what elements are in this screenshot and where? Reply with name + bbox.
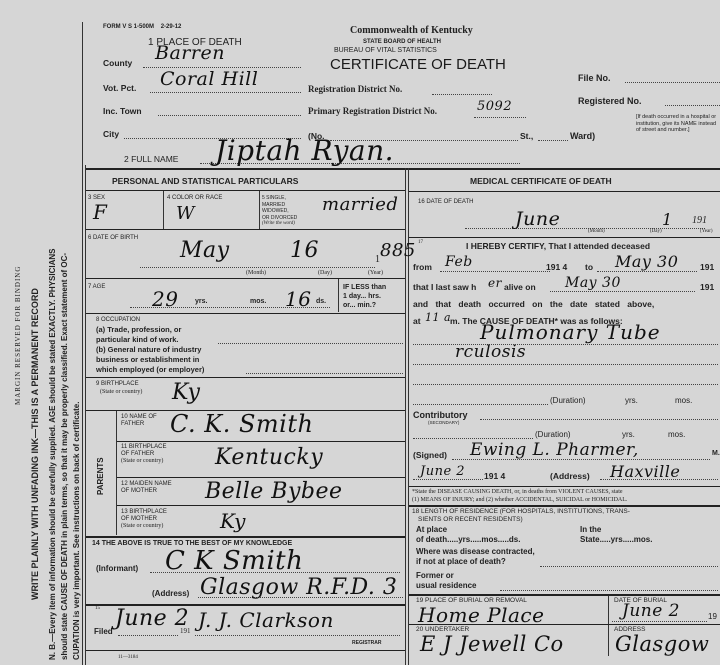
dob-month-caption: (Month) xyxy=(246,270,266,276)
contributory-mos-label: mos. xyxy=(668,430,685,439)
dob-dots xyxy=(140,266,375,268)
personal-heading: PERSONAL AND STATISTICAL PARTICULARS xyxy=(112,176,298,186)
margin-note-line1: N. B.—Every item of information should b… xyxy=(48,249,57,660)
write-plainly-text: WRITE PLAINLY WITH UNFADING INK—THIS IS … xyxy=(30,288,40,600)
disease-contracted-input[interactable] xyxy=(540,565,718,567)
mother-birthplace-label: 13 BIRTHPLACE OF MOTHER (State or countr… xyxy=(121,509,167,530)
informant-address-label: (Address) xyxy=(152,589,189,598)
last-saw-label: that I last saw h xyxy=(413,282,476,292)
file-no-label: File No. xyxy=(578,73,611,83)
ward-label: Ward) xyxy=(570,131,595,141)
inc-town-dots xyxy=(158,114,301,116)
city-label: City xyxy=(103,129,119,139)
color-marital-divider xyxy=(259,191,260,229)
primary-registration-label: Primary Registration District No. xyxy=(308,106,437,116)
medical-rule-2 xyxy=(409,486,720,487)
cause-line-2-dots xyxy=(413,363,718,365)
county-value[interactable]: Barren xyxy=(155,42,225,64)
at-label: at xyxy=(413,316,421,326)
row-rule-1 xyxy=(86,229,405,230)
secondary-label: (SECONDARY) xyxy=(428,420,459,425)
medical-rule-1 xyxy=(409,237,720,238)
informant-value[interactable]: C K Smith xyxy=(165,546,303,576)
signed-year: 191 4 xyxy=(484,471,505,481)
from-value[interactable]: Feb xyxy=(445,254,473,270)
filed-label: Filed xyxy=(94,627,113,636)
undertaker-address-value[interactable]: Glasgow xyxy=(615,632,709,656)
signed-label: (Signed) xyxy=(413,450,447,460)
filed-year: 191 xyxy=(180,627,191,635)
board-name: STATE BOARD OF HEALTH xyxy=(363,39,441,45)
registrar-dots xyxy=(195,634,400,636)
form-number: FORM V S 1-500M 2-29-12 xyxy=(103,24,181,30)
in-state-label: In the State.....yrs.....mos. xyxy=(580,525,652,545)
last-saw-pronoun[interactable]: er xyxy=(488,276,502,290)
cause-line-1[interactable]: Pulmonary Tube xyxy=(480,320,661,344)
birthplace-label: 9 BIRTHPLACE xyxy=(96,381,139,387)
former-residence-label: Former or usual residence xyxy=(416,571,476,591)
medical-rule-4 xyxy=(409,594,720,596)
certificate-title: CERTIFICATE OF DEATH xyxy=(330,56,506,73)
age-days[interactable]: 16 xyxy=(285,287,311,311)
registrar-signature[interactable]: J. J. Clarkson xyxy=(198,608,334,632)
mother-maiden-label: 12 MAIDEN NAME OF MOTHER xyxy=(121,481,172,495)
residence-label: 18 LENGTH OF RESIDENCE (FOR HOSPITALS, I… xyxy=(412,508,630,524)
death-day[interactable]: 1 xyxy=(662,210,673,229)
age-months-label: mos. xyxy=(250,298,266,305)
certify-text: I HEREBY CERTIFY, That I attended deceas… xyxy=(466,241,650,251)
form-bottom-code: 11—3184 xyxy=(118,655,138,660)
full-name-value[interactable]: Jiptah Ryan. xyxy=(215,134,394,167)
disease-contracted-label: Where was disease contracted, if not at … xyxy=(416,547,535,567)
cause-yrs-label: yrs. xyxy=(625,396,638,405)
street-st-label: St., xyxy=(520,131,533,141)
informant-address-value[interactable]: Glasgow R.F.D. 3 xyxy=(200,575,397,600)
age-divider xyxy=(338,279,339,312)
father-birthplace-label: 11 BIRTHPLACE OF FATHER (State or countr… xyxy=(121,444,166,465)
row-rule-3 xyxy=(86,313,405,314)
sex-color-divider xyxy=(163,191,164,229)
alive-on-label: alive on xyxy=(504,282,536,292)
to-label: to xyxy=(585,262,593,272)
occupation-a-input[interactable] xyxy=(218,342,403,344)
primary-registration-value[interactable]: 5092 xyxy=(477,99,512,114)
registration-district-label: Registration District No. xyxy=(308,84,402,94)
personal-heading-rule xyxy=(86,190,405,191)
primary-registration-dots xyxy=(474,116,526,118)
alive-on-value[interactable]: May 30 xyxy=(565,275,621,291)
row-rule-7 xyxy=(117,477,405,478)
father-name-label: 10 NAME OF FATHER xyxy=(121,414,157,428)
former-residence-input[interactable] xyxy=(500,589,718,591)
signed-suffix: M.D. xyxy=(712,450,720,457)
signed-address-value[interactable]: Haxville xyxy=(610,462,680,481)
occupation-descriptions: (a) Trade, profession, or particular kin… xyxy=(96,325,204,375)
marital-value[interactable]: married xyxy=(322,194,398,215)
filed-number: 15 xyxy=(95,606,100,611)
margin-note-line2: should state CAUSE OF DEATH in plain ter… xyxy=(60,253,69,660)
death-occurred-text: and that death occurred on the date stat… xyxy=(413,299,654,309)
cause-mos-label: mos. xyxy=(675,396,692,405)
filed-dots xyxy=(118,634,178,636)
medical-rule-3 xyxy=(409,505,720,507)
filed-date-value[interactable]: June 2 xyxy=(115,606,189,631)
physician-signature[interactable]: Ewing L. Pharmer, xyxy=(470,440,639,460)
occupation-b-input[interactable] xyxy=(246,372,403,374)
section-top-rule xyxy=(86,168,720,170)
contributory-yrs-label: yrs. xyxy=(622,430,635,439)
cause-footnote: *State the DISEASE CAUSING DEATH, or, in… xyxy=(412,488,627,504)
cause-duration-dots xyxy=(413,403,548,405)
vot-pct-dots xyxy=(150,91,301,93)
commonwealth-title: Commonwealth of Kentucky xyxy=(350,25,473,36)
registered-no-label: Registered No. xyxy=(578,96,642,106)
color-label: 4 COLOR OR RACE xyxy=(167,195,222,201)
left-border-inner xyxy=(85,165,86,665)
dob-year[interactable]: 885 xyxy=(380,240,416,261)
informant-label: (Informant) xyxy=(96,564,138,573)
to-value[interactable]: May 30 xyxy=(615,252,678,271)
margin-reserved-text: MARGIN RESERVED FOR BINDING xyxy=(14,266,22,405)
contributory-input[interactable] xyxy=(480,418,718,420)
contributory-duration-label: (Duration) xyxy=(535,430,571,439)
to-year: 191 xyxy=(700,262,714,272)
death-month-caption: (Month) xyxy=(588,229,605,234)
row-rule-6 xyxy=(117,441,405,442)
at-value[interactable]: 11 a xyxy=(425,311,451,324)
cause-line-2[interactable]: rculosis xyxy=(455,342,526,362)
from-dots xyxy=(440,270,550,272)
certify-number: 17 xyxy=(418,240,423,245)
color-value[interactable]: W xyxy=(176,203,195,224)
contributory-label: Contributory xyxy=(413,410,468,420)
ward-dots xyxy=(538,139,568,141)
death-month[interactable]: June xyxy=(515,208,560,230)
signed-address-label: (Address) xyxy=(550,471,590,481)
mother-maiden-value[interactable]: Belle Bybee xyxy=(205,479,343,504)
full-name-label: 2 FULL NAME xyxy=(124,154,178,164)
contributory-duration-dots xyxy=(413,437,533,439)
sex-value[interactable]: F xyxy=(93,200,107,224)
burial-date-value[interactable]: June 2 xyxy=(622,601,680,621)
dob-day-caption: (Day) xyxy=(318,270,332,276)
bureau-name: BUREAU OF VITAL STATISTICS xyxy=(334,47,437,54)
dob-label: 6 DATE OF BIRTH xyxy=(88,235,138,241)
registrar-label: REGISTRAR xyxy=(352,640,381,646)
registered-no-dots xyxy=(665,104,720,106)
alive-on-year: 191 xyxy=(700,282,714,292)
inc-town-label: Inc. Town xyxy=(103,106,142,116)
at-place-of-death-label: At place of death.....yrs.....mos.....ds… xyxy=(416,525,520,545)
file-no-dots xyxy=(625,81,720,83)
row-rule-8 xyxy=(117,505,405,506)
margin-note-line3: CUPATION is very important. See instruct… xyxy=(72,402,81,660)
row-rule-2 xyxy=(86,278,405,279)
left-border xyxy=(82,22,83,665)
father-name-value[interactable]: C. K. Smith xyxy=(170,410,313,438)
birthplace-value[interactable]: Ky xyxy=(172,380,200,405)
age-years-label: yrs. xyxy=(195,298,207,305)
burial-year: 19 xyxy=(708,612,717,621)
occupation-label: 8 OCCUPATION xyxy=(96,317,140,323)
marital-label: 5 SINGLE, MARRIED WIDOWED, OR DIVORCED (… xyxy=(262,195,297,228)
county-label: County xyxy=(103,58,132,68)
age-label: 7 AGE xyxy=(88,284,105,290)
date-of-death-label: 16 DATE OF DEATH xyxy=(418,199,473,205)
parents-divider xyxy=(116,411,117,535)
cause-line-3-dots xyxy=(413,383,718,385)
cause-duration-label: (Duration) xyxy=(550,396,586,405)
birthplace-sub-label: (State or country) xyxy=(100,389,142,395)
vot-pct-label: Vot. Pct. xyxy=(103,83,136,93)
medical-heading-rule xyxy=(409,191,720,192)
row-rule-11 xyxy=(86,650,405,651)
dob-day[interactable]: 16 xyxy=(290,238,319,263)
age-years[interactable]: 29 xyxy=(152,287,178,311)
row-rule-4 xyxy=(86,377,405,378)
medical-heading: MEDICAL CERTIFICATE OF DEATH xyxy=(470,176,612,186)
vot-pct-value[interactable]: Coral Hill xyxy=(160,68,258,90)
registration-district-dots xyxy=(432,93,492,95)
age-days-label: ds. xyxy=(316,298,326,305)
signed-date[interactable]: June 2 xyxy=(420,464,465,479)
medical-rule-5 xyxy=(409,624,720,625)
death-day-caption: (Day) xyxy=(650,229,662,234)
from-year: 191 4 xyxy=(546,262,567,272)
dob-month[interactable]: May xyxy=(180,238,230,263)
father-birthplace-value[interactable]: Kentucky xyxy=(215,445,323,470)
death-year-caption: (Year) xyxy=(700,229,713,234)
hospital-note: [If death occurred in a hospital or inst… xyxy=(636,114,720,134)
from-label: from xyxy=(413,262,432,272)
row-rule-9 xyxy=(86,536,405,538)
mother-birthplace-value[interactable]: Ky xyxy=(220,509,246,533)
dob-year-caption: (Year) xyxy=(368,270,383,276)
death-year: 191 xyxy=(692,215,707,226)
if-less-note: IF LESS than 1 day... hrs. or... min.? xyxy=(343,283,386,310)
parents-label: PARENTS xyxy=(96,457,105,495)
undertaker-value[interactable]: E J Jewell Co xyxy=(420,632,564,656)
burial-divider xyxy=(608,596,609,656)
